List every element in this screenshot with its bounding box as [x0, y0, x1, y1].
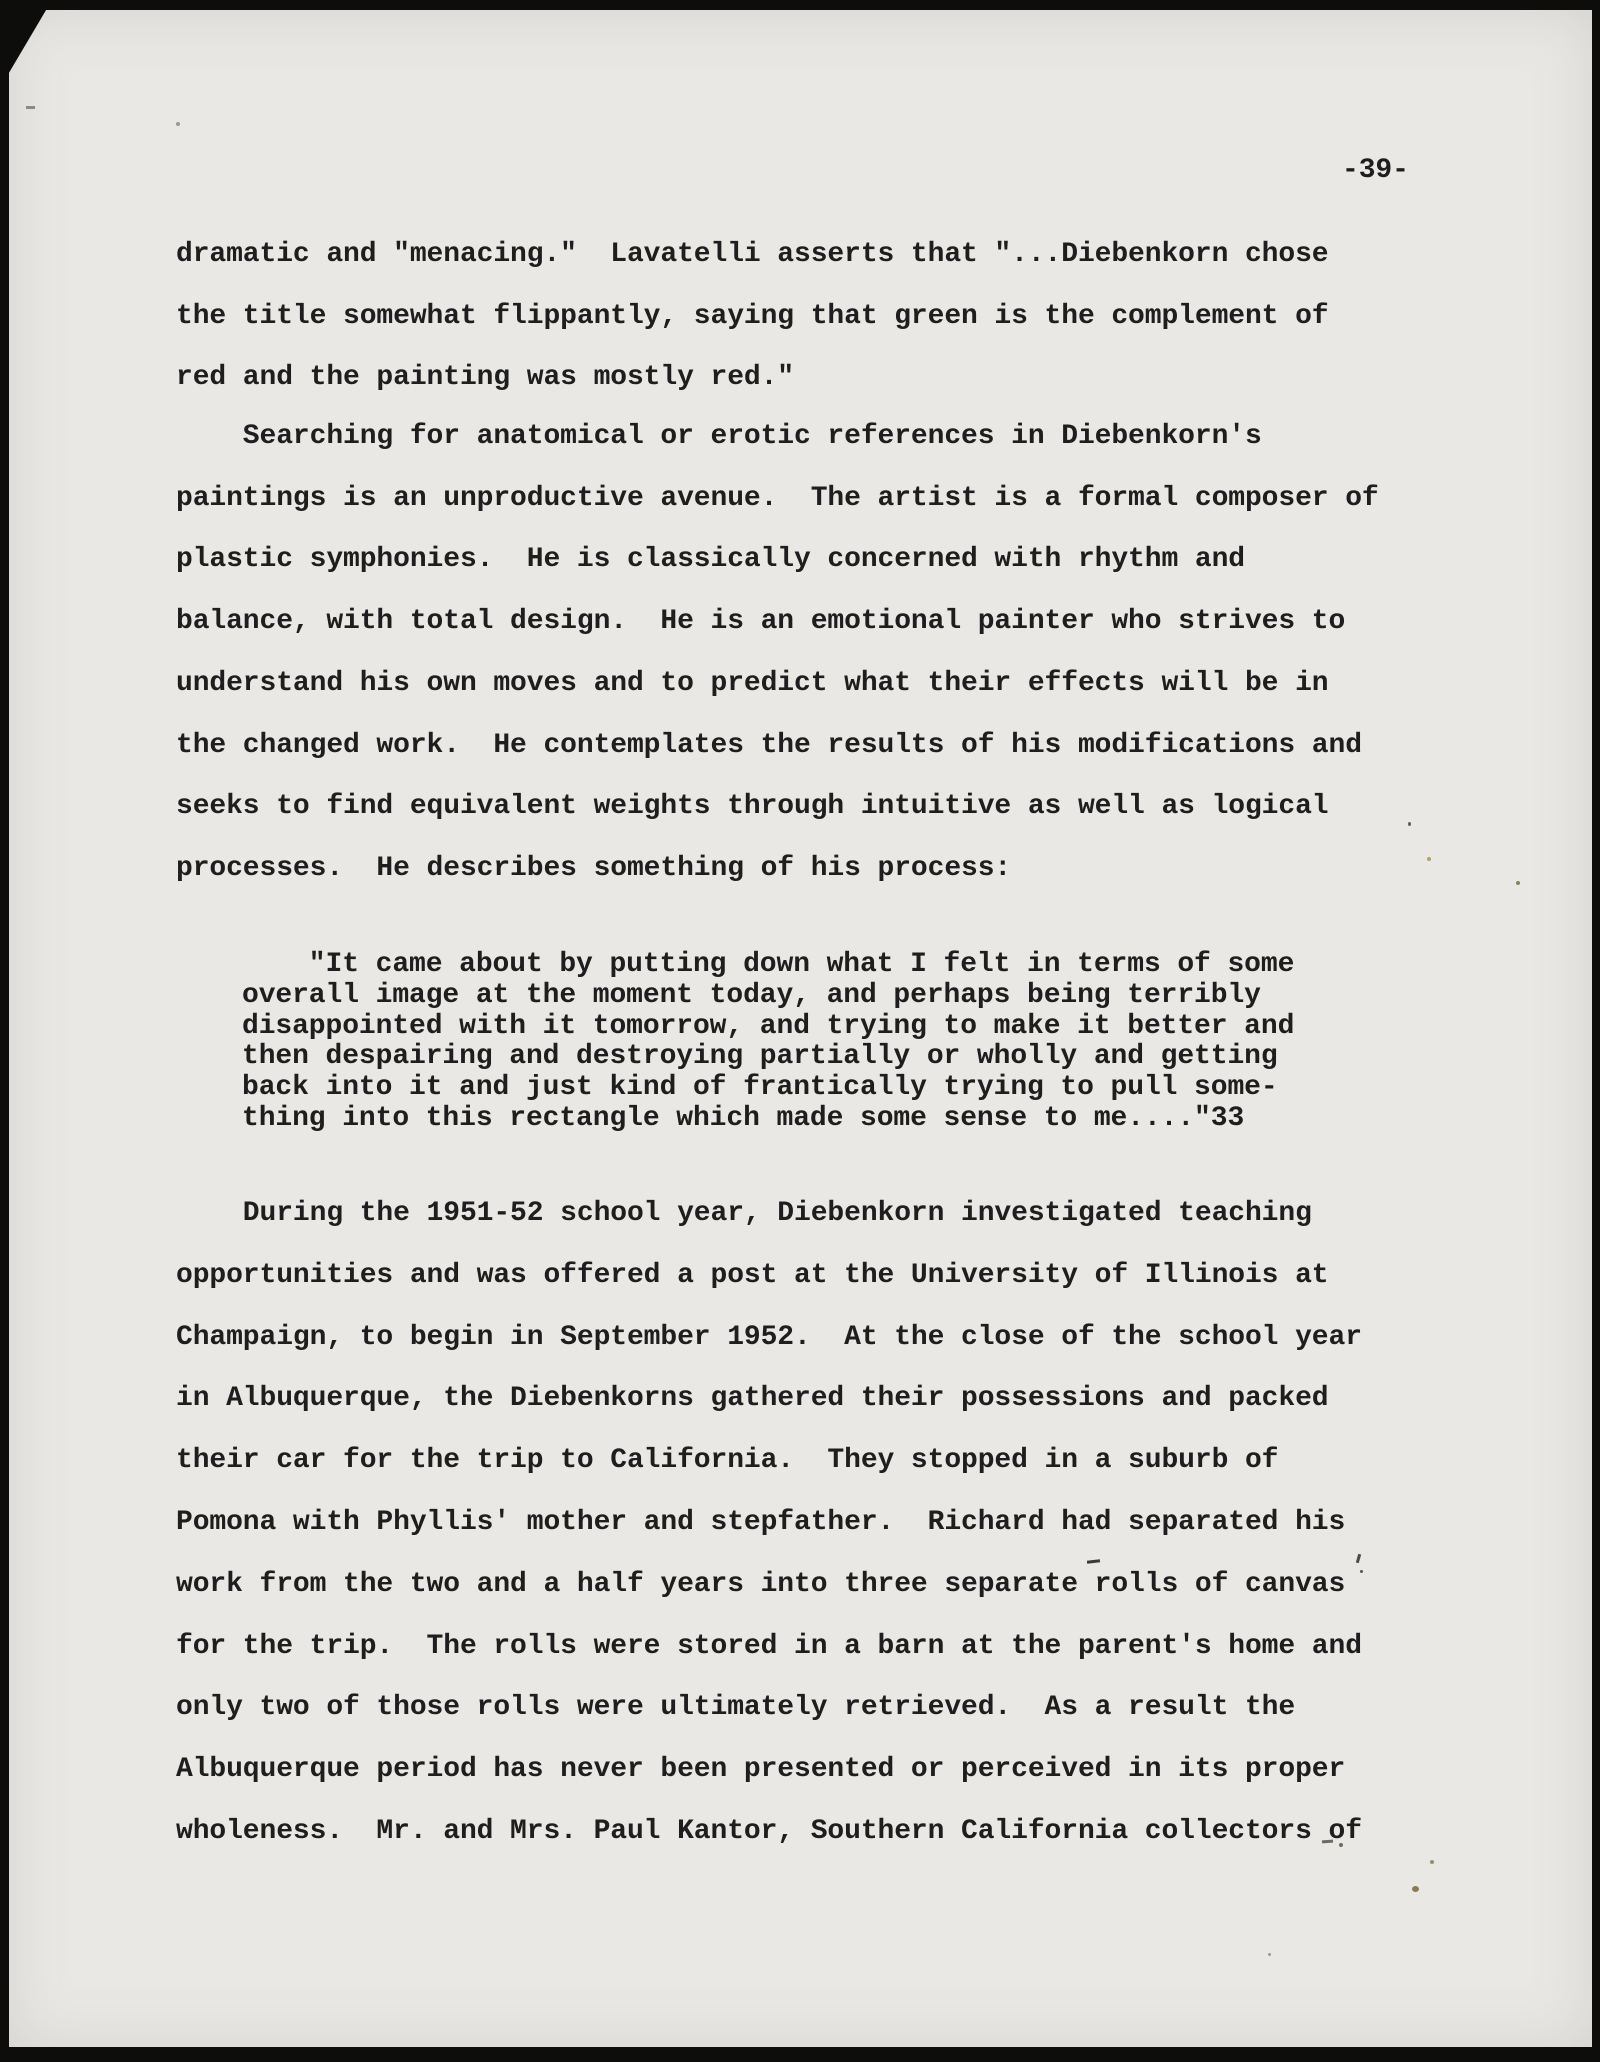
text-line: for the trip. The rolls were stored in a…	[176, 1616, 1362, 1678]
text-line: plastic symphonies. He is classically co…	[176, 529, 1379, 591]
text-line: understand his own moves and to predict …	[176, 653, 1379, 715]
text-line: dramatic and "menacing." Lavatelli asser…	[176, 224, 1329, 286]
paragraph-continuation: dramatic and "menacing." Lavatelli asser…	[176, 224, 1329, 409]
text-line: the changed work. He contemplates the re…	[176, 715, 1379, 777]
scan-speck	[1360, 1570, 1363, 1573]
scanned-document: -39- dramatic and "menacing." Lavatelli …	[0, 0, 1600, 2062]
text-line: Albuquerque period has never been presen…	[176, 1739, 1362, 1801]
scan-speck	[1339, 1843, 1343, 1847]
block-quote-diebenkorn: "It came about by putting down what I fe…	[242, 950, 1294, 1135]
paragraph-1951-52: During the 1951-52 school year, Diebenko…	[176, 1183, 1362, 1863]
text-line: in Albuquerque, the Diebenkorns gathered…	[176, 1368, 1362, 1430]
text-line: the title somewhat flippantly, saying th…	[176, 286, 1329, 348]
page-number: -39-	[1342, 156, 1409, 186]
text-line: Searching for anatomical or erotic refer…	[176, 406, 1379, 468]
text-line: "It came about by putting down what I fe…	[242, 950, 1294, 981]
text-line: back into it and just kind of franticall…	[242, 1073, 1294, 1104]
text-line: disappointed with it tomorrow, and tryin…	[242, 1012, 1294, 1043]
scan-speck	[176, 122, 180, 126]
text-line: Champaign, to begin in September 1952. A…	[176, 1307, 1362, 1369]
scan-speck	[26, 106, 35, 109]
text-line: wholeness. Mr. and Mrs. Paul Kantor, Sou…	[176, 1801, 1362, 1863]
text-line: red and the painting was mostly red."	[176, 347, 1329, 409]
text-line: processes. He describes something of his…	[176, 838, 1379, 900]
text-line: During the 1951-52 school year, Diebenko…	[176, 1183, 1362, 1245]
scan-speck	[1427, 857, 1431, 861]
typewritten-page: -39- dramatic and "menacing." Lavatelli …	[9, 10, 1592, 2047]
text-line: balance, with total design. He is an emo…	[176, 591, 1379, 653]
text-line: opportunities and was offered a post at …	[176, 1245, 1362, 1307]
text-line: seeks to find equivalent weights through…	[176, 776, 1379, 838]
paragraph-searching: Searching for anatomical or erotic refer…	[176, 406, 1379, 900]
scan-speck	[1430, 1860, 1434, 1864]
text-line: paintings is an unproductive avenue. The…	[176, 468, 1379, 530]
text-line: overall image at the moment today, and p…	[242, 981, 1294, 1012]
text-line: work from the two and a half years into …	[176, 1554, 1362, 1616]
scan-speck	[1412, 1886, 1419, 1892]
text-line: their car for the trip to California. Th…	[176, 1430, 1362, 1492]
text-line: Pomona with Phyllis' mother and stepfath…	[176, 1492, 1362, 1554]
text-line: only two of those rolls were ultimately …	[176, 1677, 1362, 1739]
scan-speck	[1408, 822, 1411, 826]
text-line: then despairing and destroying partially…	[242, 1042, 1294, 1073]
scan-border-corner	[0, 0, 52, 88]
scan-speck	[1516, 881, 1520, 885]
text-line: thing into this rectangle which made som…	[242, 1104, 1294, 1135]
scan-speck	[1268, 1953, 1271, 1956]
